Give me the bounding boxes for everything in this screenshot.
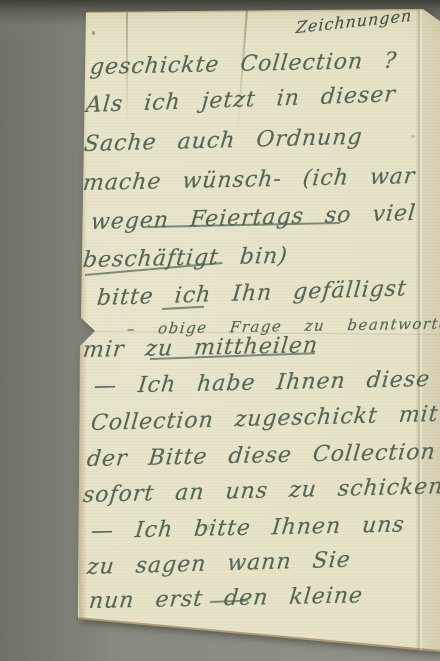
handwritten-line: — Ich habe Ihnen diese — [93, 367, 432, 399]
torn-notch — [81, 324, 93, 336]
handwritten-line: geschickte Collection ? — [89, 49, 398, 80]
handwritten-line: nun erst den kleine — [88, 583, 365, 614]
photo-background: Zeichnungen geschickte Collection ? Als … — [0, 0, 440, 661]
handwritten-line: sofort an uns zu schicken. — — [82, 473, 440, 508]
letter-page: Zeichnungen geschickte Collection ? Als … — [0, 0, 440, 661]
handwritten-line: zu sagen wann Sie — [86, 548, 352, 580]
paper-shadow: Zeichnungen geschickte Collection ? Als … — [0, 0, 440, 661]
handwritten-line: der Bitte diese Collection — [86, 440, 437, 472]
handwritten-line: mache wünsch- (ich war — [82, 164, 417, 196]
handwritten-line: wegen Feiertags so viel — [90, 201, 417, 235]
handwritten-line: mir zu mittheilen — [82, 333, 320, 363]
handwritten-line: — Ich bitte Ihnen uns — [90, 512, 406, 544]
handwritten-line: beschäftigt bin) — [82, 244, 289, 273]
handwritten-line: Als ich jetzt in dieser — [85, 82, 397, 118]
stain — [92, 31, 95, 35]
handwritten-line: bitte ich Ihn gefälligst — [96, 276, 408, 311]
stain — [411, 135, 415, 138]
handwritten-line: Collection zugeschickt mit — [90, 402, 440, 436]
stain — [87, 623, 102, 635]
handwritten-line: Sache auch Ordnung — [83, 125, 364, 157]
paper-edge — [77, 617, 440, 653]
